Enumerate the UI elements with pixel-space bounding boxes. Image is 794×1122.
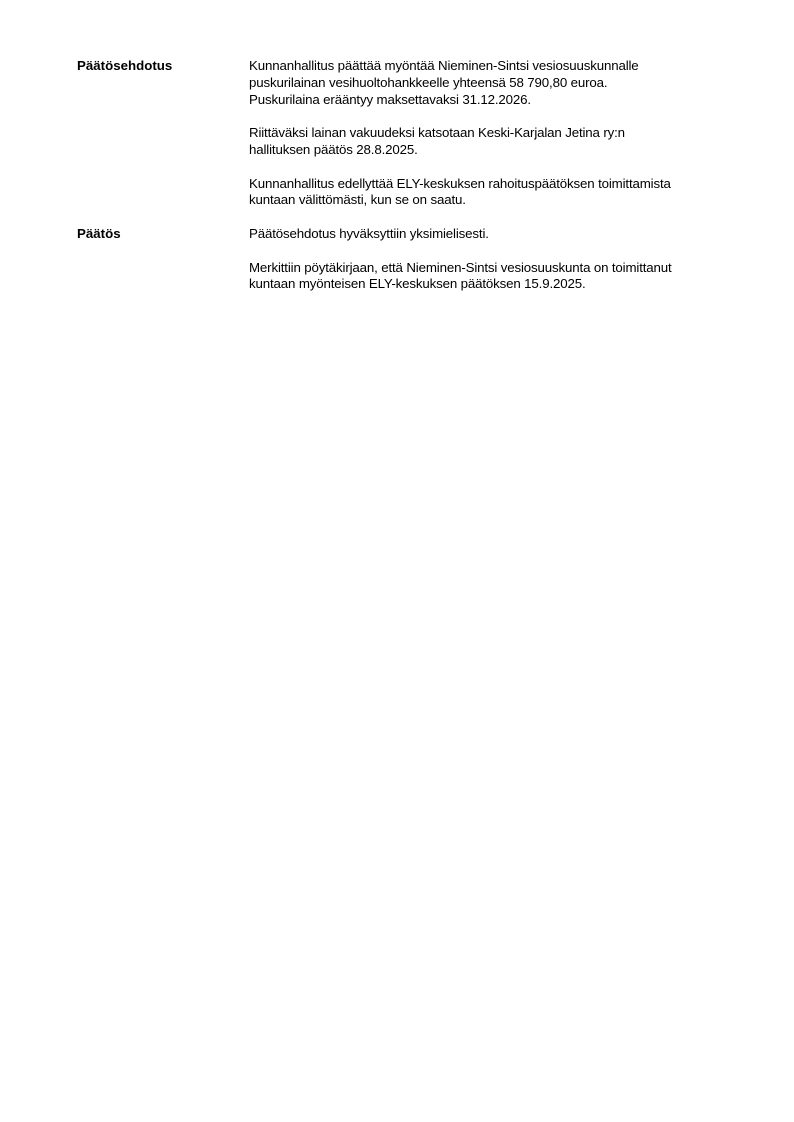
paragraph-loan-decision: Kunnanhallitus päättää myöntää Nieminen-…: [249, 58, 737, 108]
section-label-decision: Päätös: [77, 226, 121, 243]
section-body-proposal: Kunnanhallitus päättää myöntää Nieminen-…: [249, 58, 737, 226]
text-line: hallituksen päätös 28.8.2025.: [249, 142, 737, 159]
text-line: puskurilainan vesihuoltohankkeelle yhtee…: [249, 75, 737, 92]
text-line: kuntaan välittömästi, kun se on saatu.: [249, 192, 737, 209]
section-label-proposal: Päätösehdotus: [77, 58, 172, 75]
text-line: Merkittiin pöytäkirjaan, että Nieminen-S…: [249, 260, 737, 277]
paragraph-collateral: Riittäväksi lainan vakuudeksi katsotaan …: [249, 125, 737, 159]
text-line: Puskurilaina erääntyy maksettavaksi 31.1…: [249, 92, 737, 109]
text-line: Riittäväksi lainan vakuudeksi katsotaan …: [249, 125, 737, 142]
paragraph-ely-requirement: Kunnanhallitus edellyttää ELY-keskuksen …: [249, 176, 737, 210]
paragraph-minutes-note: Merkittiin pöytäkirjaan, että Nieminen-S…: [249, 260, 737, 294]
text-line: Päätösehdotus hyväksyttiin yksimielisest…: [249, 226, 737, 243]
section-body-decision: Päätösehdotus hyväksyttiin yksimielisest…: [249, 226, 737, 310]
text-line: Kunnanhallitus päättää myöntää Nieminen-…: [249, 58, 737, 75]
text-line: Kunnanhallitus edellyttää ELY-keskuksen …: [249, 176, 737, 193]
text-line: kuntaan myönteisen ELY-keskuksen päätöks…: [249, 276, 737, 293]
paragraph-approval: Päätösehdotus hyväksyttiin yksimielisest…: [249, 226, 737, 243]
